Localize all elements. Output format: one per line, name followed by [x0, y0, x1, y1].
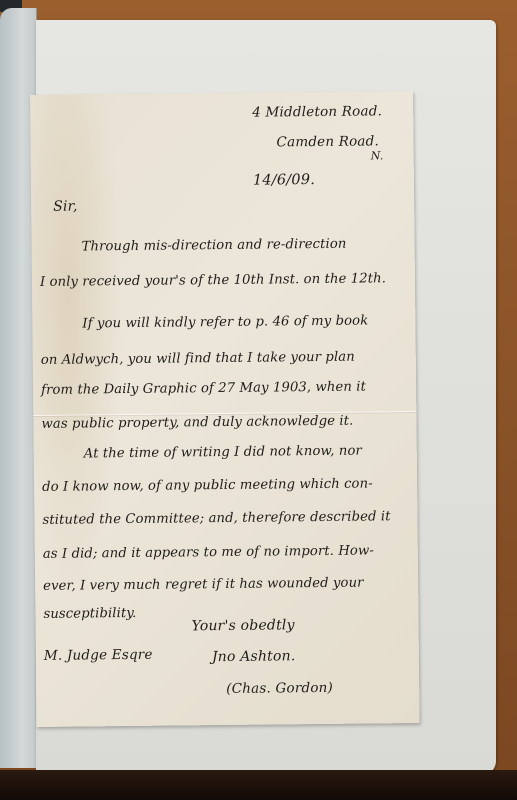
body-line: as I did; and it appears to me of no imp… [43, 543, 374, 561]
body-line: was public property, and duly acknowledg… [41, 414, 353, 432]
salutation: Sir, [53, 199, 78, 215]
signature: Jno Ashton. [212, 648, 296, 665]
handwritten-letter: 4 Middleton Road. Camden Road. N. 14/6/0… [30, 91, 420, 727]
body-line: on Aldwych, you will find that I take yo… [41, 350, 355, 368]
address-line-2: Camden Road. [276, 133, 379, 150]
body-line: At the time of writing I did not know, n… [84, 444, 362, 462]
address-line-1: 4 Middleton Road. [252, 103, 382, 120]
body-line: If you will kindly refer to p. 46 of my … [82, 313, 368, 331]
body-line: Through mis-direction and re-direction [82, 237, 347, 255]
letter-date: 14/6/09. [253, 172, 315, 189]
book-bottom-shadow [0, 770, 517, 800]
address-district: N. [371, 149, 384, 162]
body-line: ever, I very much regret if it has wound… [43, 576, 364, 594]
body-line: do I know now, of any public meeting whi… [42, 476, 373, 494]
body-line: susceptibility. [43, 606, 136, 622]
signature-note: (Chas. Gordon) [226, 680, 333, 697]
body-line: I only received your's of the 10th Inst.… [40, 271, 386, 290]
recipient: M. Judge Esqre [44, 647, 153, 664]
closing: Your's obedtly [191, 617, 294, 634]
body-line: from the Daily Graphic of 27 May 1903, w… [41, 379, 366, 397]
body-line: stituted the Committee; and, therefore d… [42, 509, 390, 528]
